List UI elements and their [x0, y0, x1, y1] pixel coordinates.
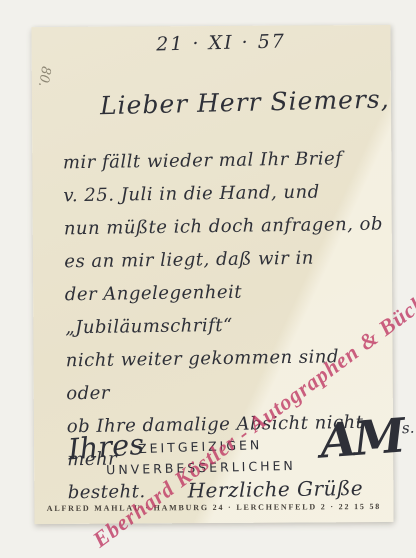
body-line: mir fällt wieder mal Ihr Brief — [63, 142, 385, 180]
body-line: es an mir liegt, daß wir in — [64, 241, 386, 279]
body-line: nicht weiter gekommen sind oder — [66, 340, 389, 411]
body-line: v. 25. Juli in die Hand, und — [63, 175, 385, 213]
body-line: nun müßte ich doch anfragen, ob — [64, 208, 386, 246]
signature-monogram: AMs. — [318, 412, 416, 466]
photo-background: 21 · XI · 57 80. Lieber Herr Siemers, mi… — [0, 0, 416, 558]
signature-suffix: s. — [401, 419, 415, 438]
closing-ihres: Ihres — [67, 427, 145, 467]
letter-card: 21 · XI · 57 80. Lieber Herr Siemers, mi… — [31, 25, 393, 524]
signature-initials: AM — [318, 408, 404, 469]
body-line: der Angelegenheit „Jubiläumschrift“ — [65, 274, 388, 345]
